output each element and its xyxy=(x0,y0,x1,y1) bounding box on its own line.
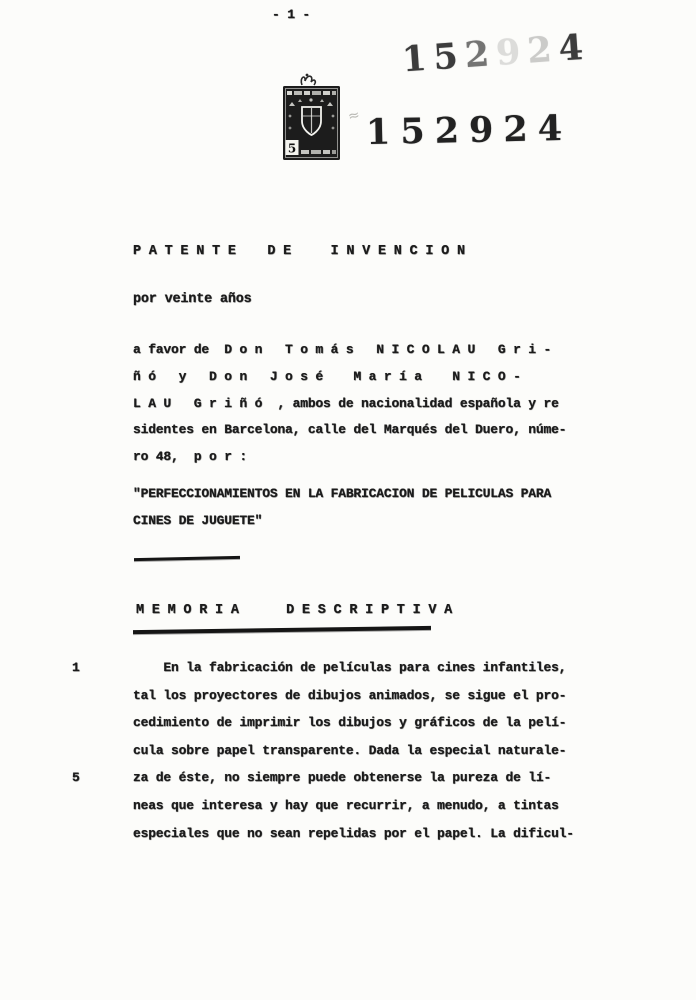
body-text: 1 En la fabricación de películas para ci… xyxy=(0,656,696,849)
memoria-heading: M E M O R I A D E S C R I P T I V A xyxy=(136,603,452,618)
body-line-text: En la fabricación de películas para cine… xyxy=(133,660,566,675)
body-line-text: cula sobre papel transparente. Dada la e… xyxy=(133,743,566,758)
patent-duration: por veinte años xyxy=(133,292,252,307)
seal-value: 5 xyxy=(288,142,296,156)
body-line: neas que interesa y hay que recurrir, a … xyxy=(0,794,696,822)
faded-digits-3: 9 xyxy=(495,31,529,74)
section-divider-rule xyxy=(134,556,240,561)
grant-line: ro 48, p o r : xyxy=(133,444,566,471)
body-line: cedimiento de imprimir los dibujos y grá… xyxy=(0,711,696,739)
faded-digits-2: 2 xyxy=(463,33,497,76)
grant-line: sidentes en Barcelona, calle del Marqués… xyxy=(133,417,566,444)
invention-title: "PERFECCIONAMIENTOS EN LA FABRICACION DE… xyxy=(133,481,551,534)
stamped-number-registry: 152924 xyxy=(366,108,573,153)
revenue-stamp-icon: 5 xyxy=(280,72,344,166)
grant-line: a favor de D o n T o m á s N I C O L A U… xyxy=(133,337,566,364)
faded-digits-5: 4 xyxy=(557,26,591,69)
body-line: tal los proyectores de dibujos animados,… xyxy=(0,684,696,712)
grant-paragraph: a favor de D o n T o m á s N I C O L A U… xyxy=(133,337,566,471)
stamped-number-faded: 152924 xyxy=(401,26,592,80)
body-line-text: cedimiento de imprimir los dibujos y grá… xyxy=(133,715,566,730)
body-line: 1 En la fabricación de películas para ci… xyxy=(0,656,696,684)
invention-title-line: "PERFECCIONAMIENTOS EN LA FABRICACION DE… xyxy=(133,481,551,508)
faded-digits-1: 15 xyxy=(401,35,466,80)
patent-document-page: - 1 - 152924 xyxy=(0,0,696,1000)
patent-heading: P A T E N T E D E I N V E N C I O N xyxy=(133,244,465,259)
body-line-text: tal los proyectores de dibujos animados,… xyxy=(133,688,566,703)
margin-line-number: 5 xyxy=(72,770,80,785)
pencil-mark: ≈ xyxy=(346,107,361,125)
grant-line: L A U G r i ñ ó , ambos de nacionalidad … xyxy=(133,391,566,418)
invention-title-line: CINES DE JUGUETE" xyxy=(133,508,551,535)
memoria-underline-rule xyxy=(133,626,431,634)
faded-digits-4: 2 xyxy=(526,29,560,72)
body-line: cula sobre papel transparente. Dada la e… xyxy=(0,739,696,767)
body-line-text: especiales que no sean repelidas por el … xyxy=(133,826,574,841)
body-line: especiales que no sean repelidas por el … xyxy=(0,822,696,850)
fiscal-stamp-seal: 5 xyxy=(280,72,344,166)
body-line-text: za de éste, no siempre puede obtenerse l… xyxy=(133,770,551,785)
body-line: 5 za de éste, no siempre puede obtenerse… xyxy=(0,766,696,794)
margin-line-number: 1 xyxy=(72,660,80,675)
page-number: - 1 - xyxy=(272,7,310,22)
grant-line: ñ ó y D o n J o s é M a r í a N I C O - xyxy=(133,364,566,391)
body-line-text: neas que interesa y hay que recurrir, a … xyxy=(133,798,559,813)
